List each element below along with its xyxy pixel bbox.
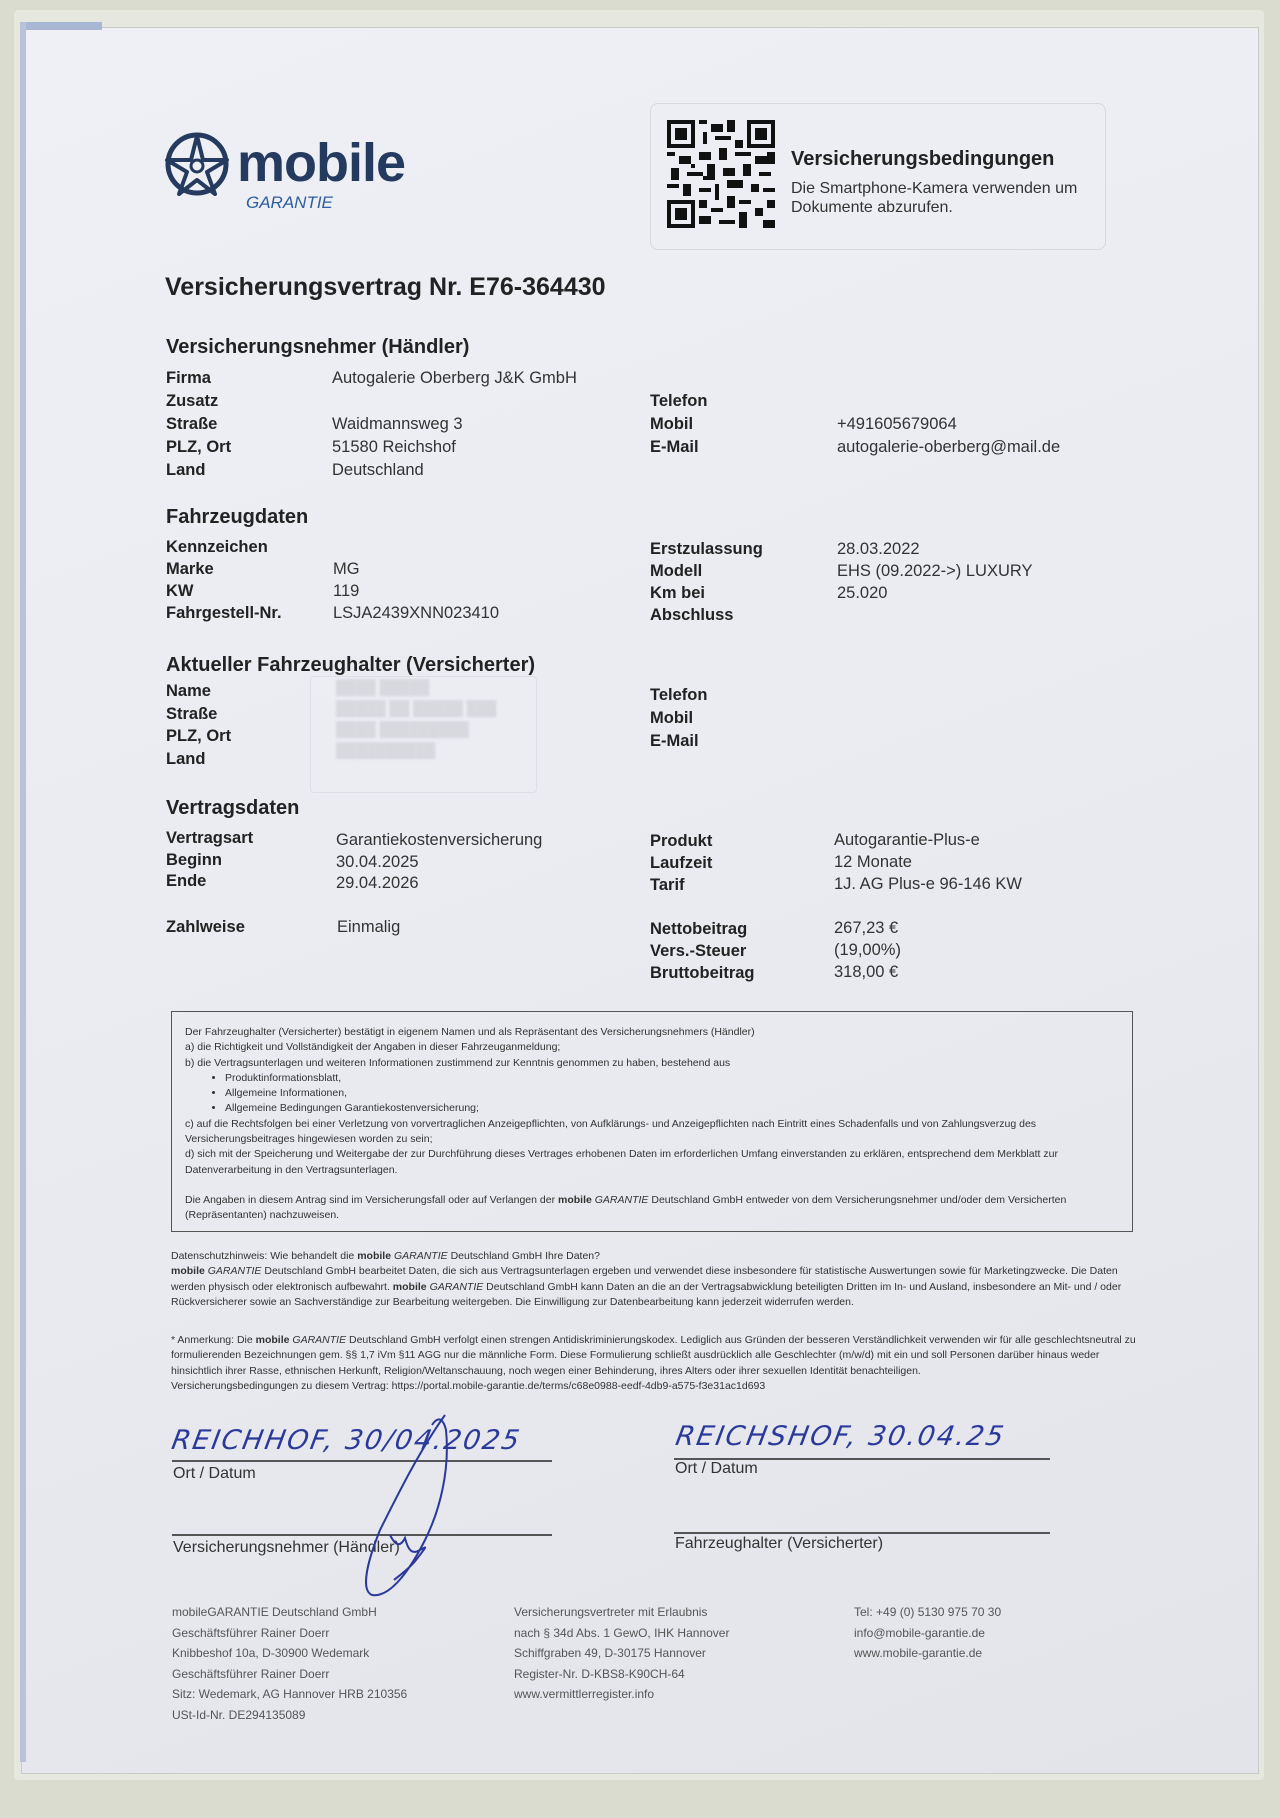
brand-sub: GARANTIE [246,193,333,213]
declaration-intro: Der Fahrzeughalter (Versicherter) bestät… [185,1025,1120,1040]
footer-line: Geschäftsführer Rainer Doerr [172,1664,407,1685]
declaration-closing: Die Angaben in diesem Antrag sind im Ver… [185,1193,1120,1224]
field-label: Laufzeit [650,852,712,874]
field-value-netto: 267,23 € [834,917,901,939]
field-label: Land [166,459,231,482]
brand-italic: GARANTIE [595,1194,649,1206]
brand-bold: mobile [558,1194,592,1206]
brand-bold: mobile [256,1334,290,1346]
signature-role-right: Fahrzeughalter (Versicherter) [675,1535,883,1553]
brand-italic: GARANTIE [292,1334,346,1346]
section-heading-holder: Aktueller Fahrzeughalter (Versicherter) [166,654,535,677]
brand-bold: mobile [357,1250,391,1262]
field-label: Bruttobeitrag [650,962,755,984]
field-label: Mobil [650,707,707,730]
terms-label: Versicherungsbedingungen zu diesem Vertr… [171,1380,392,1392]
place-date-label-right: Ort / Datum [675,1460,758,1478]
field-label: Tarif [650,874,712,896]
redacted-line: ████ █████ [311,677,536,698]
field-value-erstzulassung: 28.03.2022 [837,538,1033,560]
field-value-zusatz [332,390,577,413]
field-label: E-Mail [650,436,707,459]
field-value-plz-ort: 51580 Reichshof [332,436,577,459]
field-label: Vers.-Steuer [650,940,755,962]
field-label: Telefon [650,684,707,707]
brand-italic: GARANTIE [430,1281,484,1293]
brand-name: mobile [237,136,405,190]
remark-body: * Anmerkung: Die mobile GARANTIE Deutsch… [171,1333,1136,1379]
declaration-c: c) auf die Rechtsfolgen bei einer Verlet… [185,1117,1120,1148]
brand-bold: mobile [171,1265,205,1277]
footer-phone: Tel: +49 (0) 5130 975 70 30 [854,1602,1001,1623]
field-label: PLZ, Ort [166,436,231,459]
terms-line: Versicherungsbedingungen zu diesem Vertr… [171,1379,1136,1394]
redacted-line: ██████████ [311,740,536,761]
field-label: Straße [166,413,231,436]
handwritten-place-date-right: REICHSHOF, 30.04.25 [673,1421,1008,1452]
field-value-telefon [837,390,1060,413]
field-label: Name [166,680,231,703]
price-labels: Nettobeitrag Vers.-Steuer Bruttobeitrag [650,918,755,984]
field-label: Vertragsart [166,828,253,850]
field-value-zahlweise: Einmalig [337,918,400,937]
field-value-produkt: Autogarantie-Plus-e [834,829,1022,851]
section-heading-policyholder: Versicherungsnehmer (Händler) [166,336,469,359]
holder-contact-labels: Telefon Mobil E-Mail [650,684,707,753]
field-value-steuer: (19,00%) [834,939,901,961]
footer-contact: Tel: +49 (0) 5130 975 70 30 info@mobile-… [854,1602,1001,1664]
star-compass-icon [163,130,231,198]
policyholder-values: Autogalerie Oberberg J&K GmbH Waidmannsw… [332,367,577,482]
field-value-tarif: 1J. AG Plus-e 96-146 KW [834,873,1022,895]
contract-right-labels: Produkt Laufzeit Tarif [650,830,712,896]
field-value-strasse: Waidmannsweg 3 [332,413,577,436]
field-label: Zusatz [166,390,231,413]
field-value-firma: Autogalerie Oberberg J&K GmbH [332,367,577,390]
signature-scribble-icon [350,1410,470,1600]
field-label: Land [166,748,231,771]
field-label: Marke [166,558,282,580]
contract-values: Garantiekostenversicherung 30.04.2025 29… [336,830,542,895]
footer-line: USt-Id-Nr. DE294135089 [172,1705,407,1726]
field-value-fahrgestell: LSJA2439XNN023410 [333,602,499,624]
text: Die Angaben in diesem Antrag sind im Ver… [185,1194,558,1206]
contract-right-values: Autogarantie-Plus-e 12 Monate 1J. AG Plu… [834,829,1022,895]
vehicle-right-values: 28.03.2022 EHS (09.2022->) LUXURY 25.020 [837,538,1033,604]
declaration-d: d) sich mit der Speicherung und Weiterga… [185,1147,1120,1178]
declaration-b: b) die Vertragsunterlagen und weiteren I… [185,1056,1120,1071]
qr-title: Versicherungsbedingungen [791,148,1054,171]
field-label: Telefon [650,390,707,413]
field-value-brutto: 318,00 € [834,961,901,983]
vehicle-values: MG 119 LSJA2439XNN023410 [333,536,499,624]
field-value-modell: EHS (09.2022->) LUXURY [837,560,1033,582]
footer-line: Versicherungsvertreter mit Erlaubnis [514,1602,729,1623]
page-edge-accent-vertical [20,22,26,1762]
privacy-question: Datenschutzhinweis: Wie behandelt die mo… [171,1249,1136,1264]
footer-company: mobileGARANTIE Deutschland GmbH Geschäft… [172,1602,407,1725]
field-label: PLZ, Ort [166,725,231,748]
redacted-line: █████ ██ █████ ███ [311,698,536,719]
contract-labels: Vertragsart Beginn Ende [166,828,253,893]
field-label: Abschluss [650,604,763,626]
brand-bold: mobile [393,1281,427,1293]
field-value-email: autogalerie-oberberg@mail.de [837,436,1060,459]
footer-line: mobileGARANTIE Deutschland GmbH [172,1602,407,1623]
policyholder-labels: Firma Zusatz Straße PLZ, Ort Land [166,367,231,482]
page-title: Versicherungsvertrag Nr. E76-364430 [165,273,606,302]
field-label: E-Mail [650,730,707,753]
privacy-body: mobile GARANTIE Deutschland GmbH bearbei… [171,1264,1136,1310]
field-label: Mobil [650,413,707,436]
field-label: Firma [166,367,231,390]
holder-labels: Name Straße PLZ, Ort Land [166,680,231,770]
field-value-vertragsart: Garantiekostenversicherung [336,830,542,852]
footer-line: Geschäftsführer Rainer Doerr [172,1623,407,1644]
vehicle-labels: Kennzeichen Marke KW Fahrgestell-Nr. [166,536,282,624]
qr-code-icon[interactable] [667,120,775,228]
text: * Anmerkung: Die [171,1334,256,1346]
signature-line [674,1532,1050,1534]
footer-line: Knibbeshof 10a, D-30900 Wedemark [172,1643,407,1664]
field-value-beginn: 30.04.2025 [336,852,542,874]
field-value-km: 25.020 [837,582,1033,604]
section-heading-contract: Vertragsdaten [166,797,299,820]
list-item: Allgemeine Bedingungen Garantiekostenver… [225,1101,1120,1116]
field-label: Nettobeitrag [650,918,755,940]
list-item: Allgemeine Informationen, [225,1086,1120,1101]
field-label-zahlweise: Zahlweise [166,918,245,937]
section-heading-vehicle: Fahrzeugdaten [166,506,308,529]
text: Deutschland GmbH Ihre Daten? [448,1250,600,1262]
field-label: Modell [650,560,763,582]
field-value-marke: MG [333,558,499,580]
terms-link[interactable]: https://portal.mobile-garantie.de/terms/… [392,1380,766,1392]
privacy-notice: Datenschutzhinweis: Wie behandelt die mo… [171,1249,1136,1310]
field-value-ende: 29.04.2026 [336,873,542,895]
redacted-line: ████ █████████ [311,719,536,740]
declaration-documents-list: Produktinformationsblatt, Allgemeine Inf… [185,1071,1120,1117]
handwritten-place-date-left: REICHHOF, 30/04.2025 [169,1425,523,1456]
brand-italic: GARANTIE [394,1250,448,1262]
page-edge-accent [20,22,102,30]
declaration-box: Der Fahrzeughalter (Versicherter) bestät… [171,1011,1133,1232]
footer-line: Register-Nr. D-KBS8-K90CH-64 [514,1664,729,1685]
redacted-holder-data: ████ █████ █████ ██ █████ ███ ████ █████… [310,676,537,793]
footer-email-link[interactable]: info@mobile-garantie.de [854,1623,1001,1644]
field-value-laufzeit: 12 Monate [834,851,1022,873]
field-label: Fahrgestell-Nr. [166,602,282,624]
policyholder-contact-labels: Telefon Mobil E-Mail [650,390,707,459]
field-label: Km bei [650,582,763,604]
footer-website-link[interactable]: www.mobile-garantie.de [854,1643,1001,1664]
field-label: Ende [166,871,253,893]
policyholder-contact-values: +491605679064 autogalerie-oberberg@mail.… [837,390,1060,459]
brand-logo: mobile [163,130,405,198]
footer-link[interactable]: www.vermittlerregister.info [514,1684,729,1705]
field-label: Erstzulassung [650,538,763,560]
brand-italic: GARANTIE [208,1265,262,1277]
footer-agent: Versicherungsvertreter mit Erlaubnis nac… [514,1602,729,1705]
field-value-land: Deutschland [332,459,577,482]
place-date-label-left: Ort / Datum [173,1465,256,1483]
list-item: Produktinformationsblatt, [225,1071,1120,1086]
field-label: Kennzeichen [166,536,282,558]
declaration-a: a) die Richtigkeit und Vollständigkeit d… [185,1040,1120,1055]
qr-info-box: Versicherungsbedingungen Die Smartphone-… [650,103,1106,250]
price-values: 267,23 € (19,00%) 318,00 € [834,917,901,983]
field-label: Produkt [650,830,712,852]
vehicle-right-labels: Erstzulassung Modell Km bei Abschluss [650,538,763,626]
field-value-mobil: +491605679064 [837,413,1060,436]
field-value-kw: 119 [333,580,499,602]
field-label: KW [166,580,282,602]
footer-line: Schiffgraben 49, D-30175 Hannover [514,1643,729,1664]
remark-notice: * Anmerkung: Die mobile GARANTIE Deutsch… [171,1333,1136,1394]
qr-text: Die Smartphone-Kamera verwenden um Dokum… [791,179,1091,217]
field-label: Straße [166,703,231,726]
text: Datenschutzhinweis: Wie behandelt die [171,1250,357,1262]
footer-line: nach § 34d Abs. 1 GewO, IHK Hannover [514,1623,729,1644]
field-label: Beginn [166,850,253,872]
field-value-kennzeichen [333,536,499,558]
footer-line: Sitz: Wedemark, AG Hannover HRB 210356 [172,1684,407,1705]
